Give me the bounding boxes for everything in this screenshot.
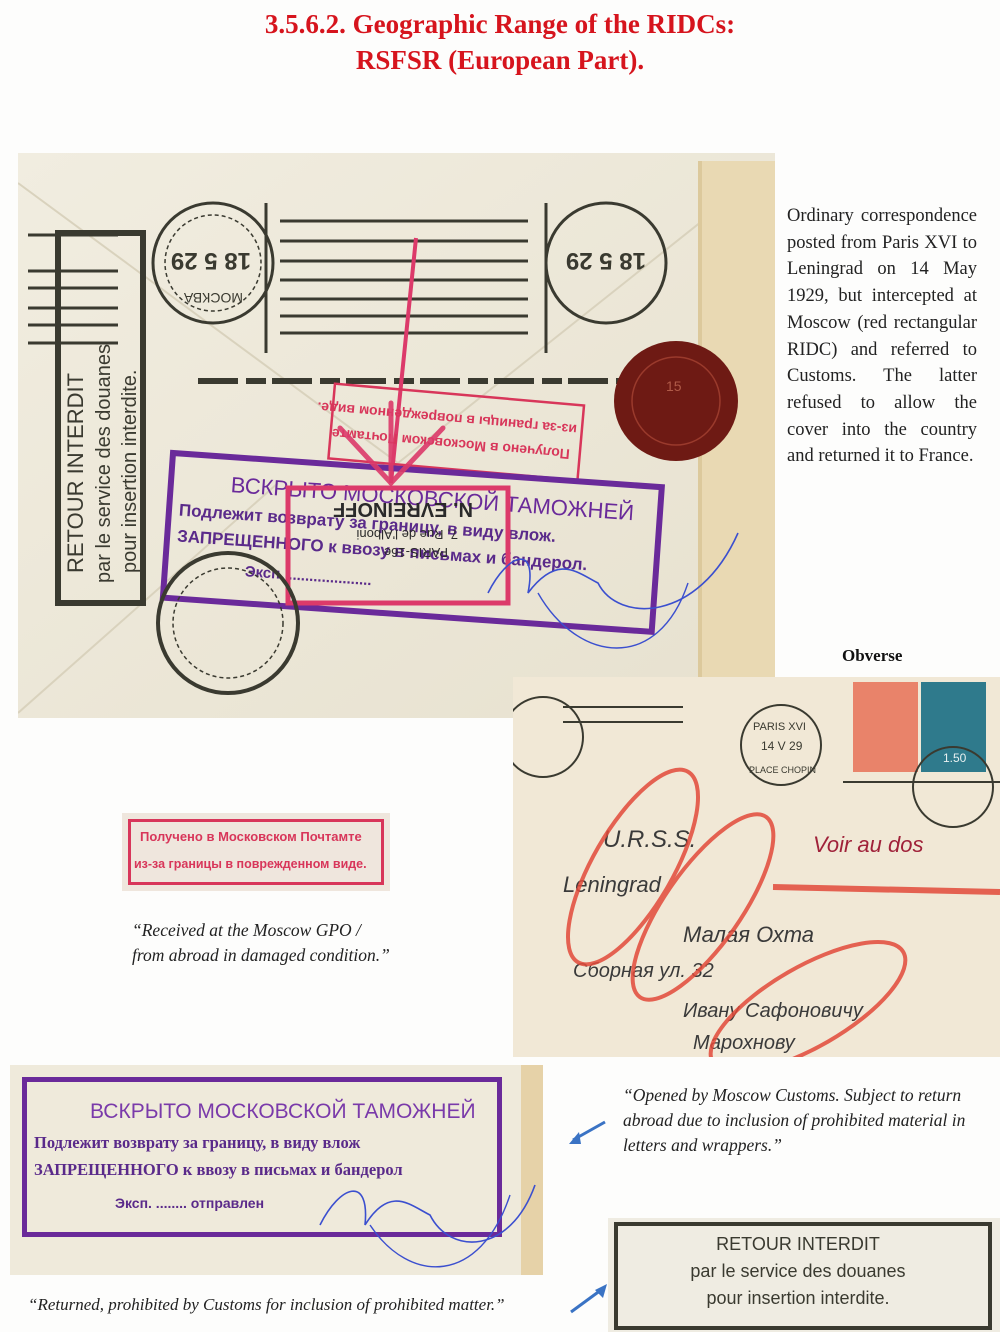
wax-seal: 15 bbox=[614, 341, 738, 461]
signature-icon bbox=[310, 1175, 540, 1275]
svg-text:15: 15 bbox=[666, 378, 682, 394]
svg-text:7, Rue de l'Alboni: 7, Rue de l'Alboni bbox=[356, 527, 458, 542]
gpo-cachet-detail: Получено в Московском Почтамте из-за гра… bbox=[122, 813, 390, 891]
customs-cachet-detail: ВСКРЫТО МОСКОВСКОЙ ТАМОЖНЕЙ Подлежит воз… bbox=[10, 1065, 543, 1275]
customs-cachet-line-4: Эксп. ........ отправлен bbox=[115, 1195, 264, 1211]
retour-cachet-detail: RETOUR INTERDIT par le service des douan… bbox=[608, 1218, 1000, 1332]
svg-text:RETOUR INTERDIT: RETOUR INTERDIT bbox=[63, 373, 88, 573]
svg-text:Voir au dos: Voir au dos bbox=[813, 832, 923, 857]
retour-caption: “Returned, prohibited by Customs for inc… bbox=[28, 1292, 568, 1317]
svg-text:U.R.S.S.: U.R.S.S. bbox=[603, 826, 696, 853]
svg-text:PARIS-16e: PARIS-16e bbox=[384, 545, 448, 560]
customs-cachet-line-2: Подлежит возврату за границу, в виду вло… bbox=[34, 1133, 360, 1153]
svg-text:1.50: 1.50 bbox=[943, 751, 967, 765]
svg-text:18 5 29: 18 5 29 bbox=[566, 247, 646, 274]
gpo-cachet-line-2: из-за границы в поврежденном виде. bbox=[134, 857, 367, 871]
arrow-icon-retour bbox=[565, 1282, 610, 1316]
svg-text:PLACE CHOPIN: PLACE CHOPIN bbox=[749, 765, 816, 775]
svg-text:N. EVREINOFF: N. EVREINOFF bbox=[333, 498, 473, 520]
svg-text:Марохнову: Марохнову bbox=[693, 1032, 796, 1054]
svg-text:PARIS XVI: PARIS XVI bbox=[753, 721, 806, 733]
arrow-icon-customs bbox=[565, 1118, 610, 1148]
obverse-cover-svg: 1.50 PARIS XVI 14 V 29 PLACE CHOPIN U.R.… bbox=[513, 677, 1000, 1057]
retour-cachet-line-3: pour insertion interdite. bbox=[608, 1288, 988, 1309]
customs-caption: “Opened by Moscow Customs. Subject to re… bbox=[623, 1083, 993, 1158]
svg-text:14 V 29: 14 V 29 bbox=[761, 739, 803, 753]
svg-text:МОСКВА: МОСКВА bbox=[183, 290, 243, 306]
obverse-label: Obverse bbox=[842, 646, 902, 666]
obverse-cover-image: 1.50 PARIS XVI 14 V 29 PLACE CHOPIN U.R.… bbox=[513, 677, 1000, 1057]
customs-cachet-line-1: ВСКРЫТО МОСКОВСКОЙ ТАМОЖНЕЙ bbox=[90, 1100, 476, 1124]
svg-text:pour insertion interdite.: pour insertion interdite. bbox=[119, 370, 141, 573]
svg-text:18 5 29: 18 5 29 bbox=[171, 247, 251, 274]
gpo-caption: “Received at the Moscow GPO / from abroa… bbox=[132, 918, 397, 968]
gpo-cachet-line-1: Получено в Московском Почтамте bbox=[140, 829, 362, 844]
title-line-1: 3.5.6.2. Geographic Range of the RIDCs: bbox=[0, 6, 1000, 42]
description-text: Ordinary correspondence posted from Pari… bbox=[787, 203, 977, 470]
reverse-cover-image: RETOUR INTERDIT par le service des douan… bbox=[18, 153, 775, 718]
svg-text:Малая Охта: Малая Охта bbox=[683, 922, 814, 947]
retour-cachet-line-1: RETOUR INTERDIT bbox=[608, 1234, 988, 1255]
reverse-cover-svg: RETOUR INTERDIT par le service des douan… bbox=[18, 153, 775, 718]
title-line-2: RSFSR (European Part). bbox=[0, 42, 1000, 78]
page-title: 3.5.6.2. Geographic Range of the RIDCs: … bbox=[0, 6, 1000, 78]
svg-text:Ивану Сафоновичу: Ивану Сафоновичу bbox=[683, 1000, 864, 1022]
retour-cachet-line-2: par le service des douanes bbox=[608, 1261, 988, 1282]
svg-text:par le service des douanes: par le service des douanes bbox=[93, 344, 115, 583]
